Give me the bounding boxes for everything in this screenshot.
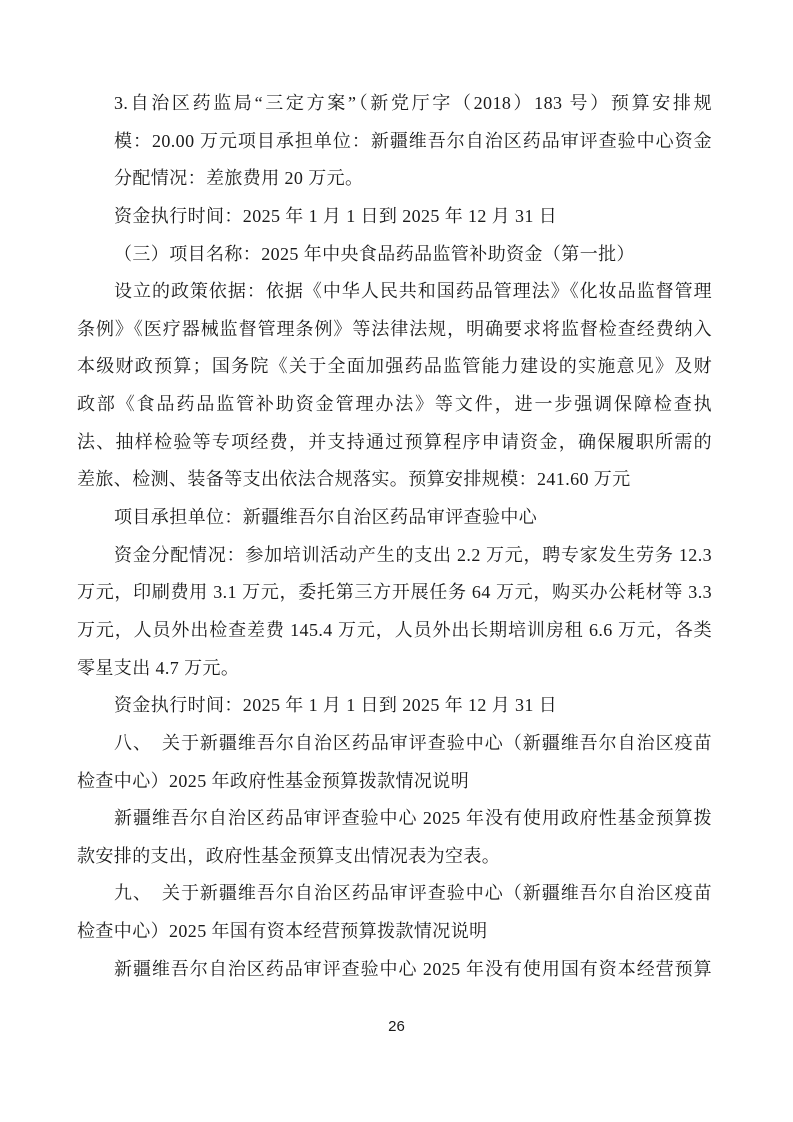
text-line: 资金执行时间：2025 年 1 月 1 日到 2025 年 12 月 31 日 [77, 687, 712, 725]
page-footer: 26 [0, 1018, 793, 1036]
text-line: 法、抽样检验等专项经费，并支持通过预算程序申请资金，确保履职所需的 [77, 424, 712, 462]
text-line: 万元，印刷费用 3.1 万元，委托第三方开展任务 64 万元，购买办公耗材等 3… [77, 574, 712, 612]
text-line: 项目承担单位：新疆维吾尔自治区药品审评查验中心 [77, 499, 712, 537]
section-heading-line: 九、 关于新疆维吾尔自治区药品审评查验中心（新疆维吾尔自治区疫苗 [77, 875, 712, 913]
section-heading-line: 检查中心）2025 年国有资本经营预算拨款情况说明 [77, 913, 712, 951]
text-line: 条例》《医疗器械监督管理条例》等法律法规，明确要求将监督检查经费纳入 [77, 311, 712, 349]
text-line: 新疆维吾尔自治区药品审评查验中心 2025 年没有使用政府性基金预算拨 [77, 800, 712, 838]
text-line: 模：20.00 万元项目承担单位：新疆维吾尔自治区药品审评查验中心资金 [77, 123, 712, 161]
text-line: 零星支出 4.7 万元。 [77, 650, 712, 688]
text-line: 差旅、检测、装备等支出依法合规落实。预算安排规模：241.60 万元 [77, 461, 712, 499]
document-page: 3.自治区药监局“三定方案”（新党厅字（2018）183 号）预算安排规 模：2… [0, 0, 793, 1122]
section-heading-line: 检查中心）2025 年政府性基金预算拨款情况说明 [77, 763, 712, 801]
text-line: （三）项目名称：2025 年中央食品药品监管补助资金（第一批） [77, 236, 712, 274]
text-line: 新疆维吾尔自治区药品审评查验中心 2025 年没有使用国有资本经营预算 [77, 951, 712, 989]
section-heading-line: 八、 关于新疆维吾尔自治区药品审评查验中心（新疆维吾尔自治区疫苗 [77, 725, 712, 763]
text-line: 政部《食品药品监管补助资金管理办法》等文件，进一步强调保障检查执 [77, 386, 712, 424]
text-line: 本级财政预算；国务院《关于全面加强药品监管能力建设的实施意见》及财 [77, 348, 712, 386]
text-line: 资金执行时间：2025 年 1 月 1 日到 2025 年 12 月 31 日 [77, 198, 712, 236]
text-line: 资金分配情况：参加培训活动产生的支出 2.2 万元，聘专家发生劳务 12.3 [77, 537, 712, 575]
text-line: 万元，人员外出检查差费 145.4 万元，人员外出长期培训房租 6.6 万元，各… [77, 612, 712, 650]
document-body: 3.自治区药监局“三定方案”（新党厅字（2018）183 号）预算安排规 模：2… [77, 85, 712, 988]
text-line: 设立的政策依据：依据《中华人民共和国药品管理法》《化妆品监督管理 [77, 273, 712, 311]
text-line: 款安排的支出，政府性基金预算支出情况表为空表。 [77, 838, 712, 876]
text-line: 3.自治区药监局“三定方案”（新党厅字（2018）183 号）预算安排规 [77, 85, 712, 123]
text-line: 分配情况：差旅费用 20 万元。 [77, 160, 712, 198]
page-number: 26 [388, 1018, 405, 1035]
